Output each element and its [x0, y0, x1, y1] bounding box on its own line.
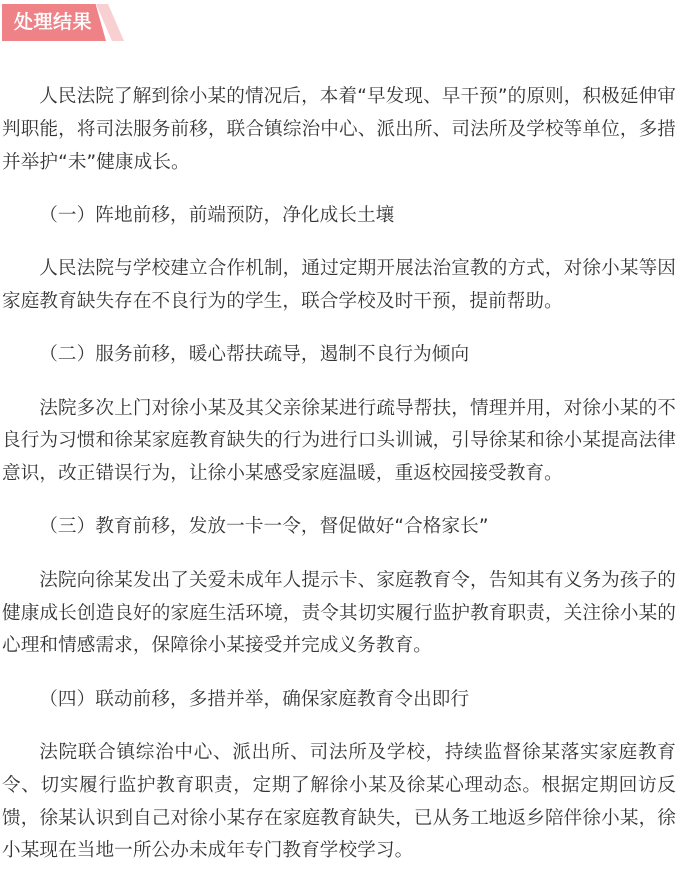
section-title-badge: 处理结果: [2, 4, 132, 41]
section-body-2: 法院多次上门对徐小某及其父亲徐某进行疏导帮扶，情理并用，对徐小某的不良行为习惯和…: [2, 393, 676, 491]
section-heading-1: （一）阵地前移，前端预防，净化成长土壤: [2, 200, 676, 233]
section-heading-3: （三）教育前移，发放一卡一令，督促做好“合格家长”: [2, 511, 676, 544]
intro-paragraph: 人民法院了解到徐小某的情况后，本着“早发现、早干预”的原则，积极延伸审判职能，将…: [2, 81, 676, 179]
section-body-1: 人民法院与学校建立合作机制，通过定期开展法治宣教的方式，对徐小某等因家庭教育缺失…: [2, 253, 676, 319]
section-title: 处理结果: [14, 4, 92, 41]
section-body-4: 法院联合镇综治中心、派出所、司法所及学校，持续监督徐某落实家庭教育令、切实履行监…: [2, 737, 676, 868]
section-body-3: 法院向徐某发出了关爱未成年人提示卡、家庭教育令，告知其有义务为孩子的健康成长创造…: [2, 565, 676, 663]
article-body: 人民法院了解到徐小某的情况后，本着“早发现、早干预”的原则，积极延伸审判职能，将…: [2, 81, 676, 883]
section-heading-2: （二）服务前移，暖心帮扶疏导，遏制不良行为倾向: [2, 339, 676, 372]
section-heading-4: （四）联动前移，多措并举，确保家庭教育令出即行: [2, 684, 676, 717]
